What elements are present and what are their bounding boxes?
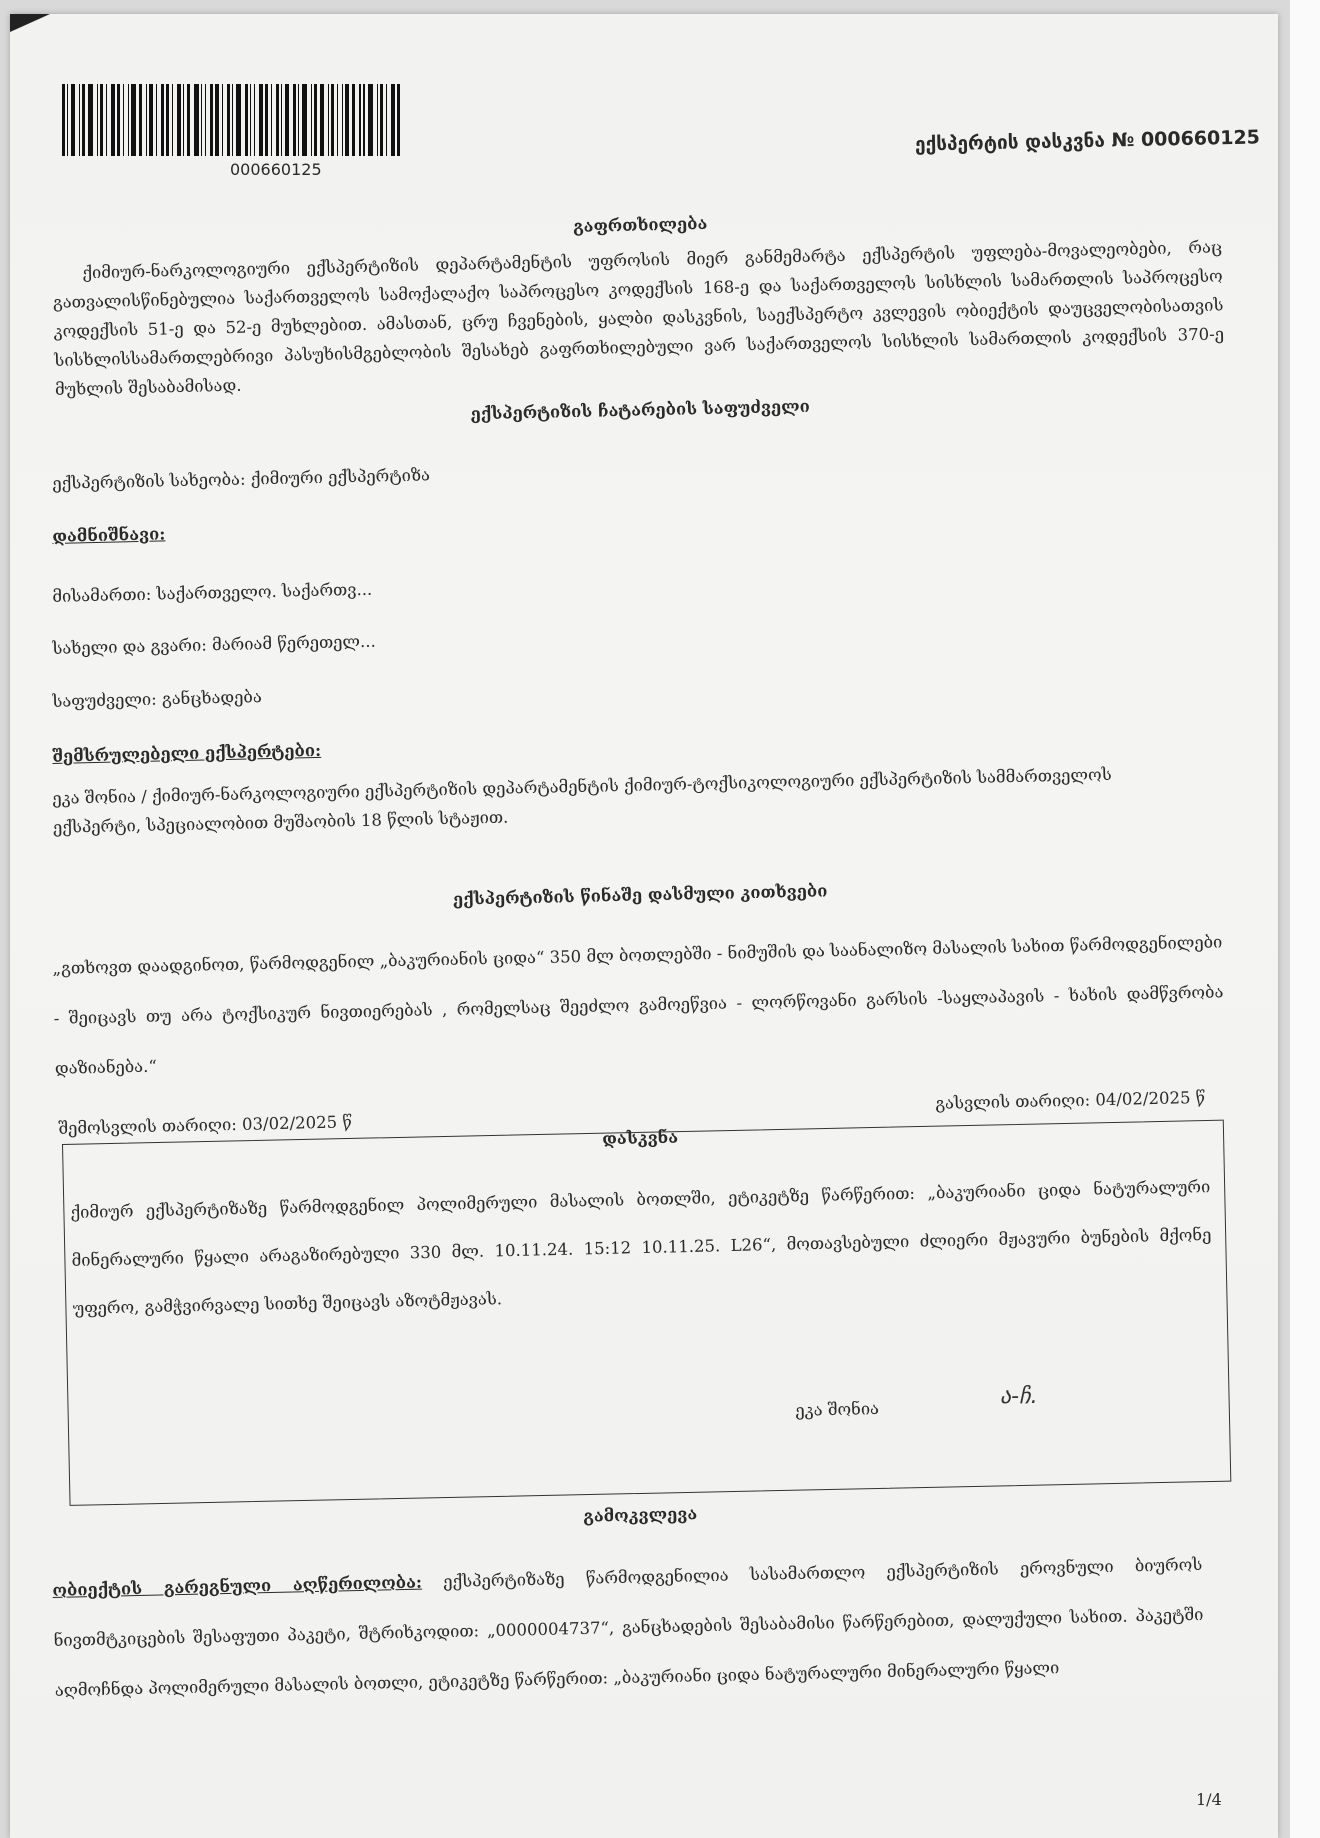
research-label: ობიექტის გარეგნული აღწერილობა: [52,1573,422,1600]
warning-text: ქიმიურ-ნარკოლოგიური ექსპერტიზის დეპარტამ… [52,232,1225,404]
experts-text: ეკა შონია / ქიმიურ-ნარკოლოგიური ექსპერტი… [52,758,1183,842]
questions-title: ექსპერტიზის წინაშე დასმული კითხვები [50,867,1230,923]
signature: ა-ჩ. [1000,1384,1038,1409]
barcode-number: 000660125 [230,160,322,179]
background-edge [1290,0,1320,1838]
requester-name: სახელი და გვარი: მარიამ წერეთელ... [52,623,553,663]
experts-heading: შემსრულებელი ექსპერტები: [52,733,453,771]
requester-ground: საფუძველი: განცხადება [52,676,553,716]
barcode [62,84,487,156]
requester-address: მისამართი: საქართველო. საქართვ... [52,571,553,611]
questions-text: „გთხოვთ დაადგინოთ, წარმოდგენილ „ბაკურიან… [52,917,1225,1094]
conclusion-text: ქიმიურ ექსპერტიზაზე წარმოდგენილ პოლიმერუ… [70,1163,1213,1333]
page-corner-shadow [10,14,50,32]
document-page: 000660125 ექსპერტის დასკვნა № 000660125 … [10,14,1278,1838]
research-text: ობიექტის გარეგნული აღწერილობა: ექსპერტიზ… [52,1540,1205,1716]
expertise-type: ექსპერტიზის სახეობა: ქიმიური ექსპერტიზა [52,453,752,498]
report-number: ექსპერტის დასკვნა № 000660125 [915,126,1260,155]
signer-name: ეკა შონია [795,1391,996,1425]
page-number: 1/4 [1196,1790,1222,1809]
requester-heading: დამნიშნავი: [52,515,353,551]
